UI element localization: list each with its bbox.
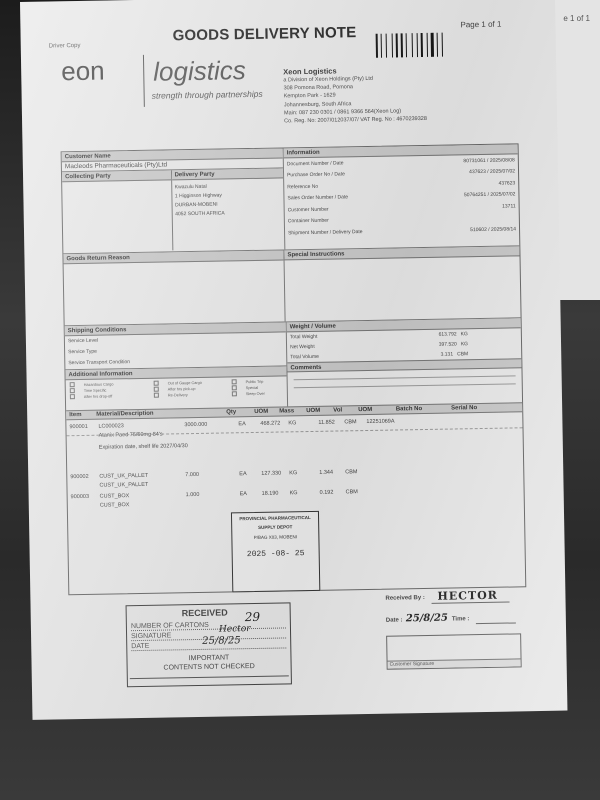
option-label: After hrs drop-off (84, 393, 154, 398)
item-vol-uom: CBM (345, 469, 357, 475)
option-label: After hrs pick-up (168, 386, 232, 391)
item-uom: EA (238, 421, 245, 427)
information-label: Shipment Number / Delivery Date (288, 229, 363, 236)
document-title: GOODS DELIVERY NOTE (172, 24, 356, 44)
item-vol-uom: CBM (344, 419, 356, 425)
received-by-value: HECTOR (437, 589, 498, 603)
option-checkbox[interactable] (154, 393, 159, 398)
col-mass: Mass (268, 408, 294, 414)
item-mass-uom: KG (290, 490, 298, 496)
option-label: Out of Gauge Cargo (168, 380, 232, 385)
item-vol-uom: CBM (346, 489, 358, 495)
information-value: 437623 (498, 180, 515, 186)
col-qty: Qty (206, 409, 236, 416)
item-qty: 1.000 (186, 492, 200, 498)
stamp-date: 2025 -08- 25 (233, 549, 319, 559)
company-address: Xeon Logistics a Division of Xeon Holdin… (283, 65, 427, 126)
weight-volume-number: 397.520 (439, 341, 457, 347)
item-mass-uom: KG (289, 470, 297, 476)
contents-note: CONTENTS NOT CHECKED (128, 662, 291, 672)
information-label: Customer Number (288, 206, 329, 213)
information-section: Information Document Number / Date807310… (284, 144, 520, 249)
option-checkbox[interactable] (232, 385, 237, 390)
background-page-label: e 1 of 1 (563, 14, 590, 23)
col-serial: Serial No (422, 405, 477, 412)
item-batch: 12251069A (366, 419, 394, 425)
delivery-party-line: 4052 SOUTH AFRICA (172, 208, 284, 219)
item-mass: 18.190 (262, 491, 279, 497)
additional-information-options: Hazardous CargoOut of Gauge CargoPublic … (66, 376, 287, 401)
information-value: 510602 / 2025/08/14 (470, 226, 516, 233)
logo-brand-left: eon (61, 56, 105, 88)
weight-volume-label: Total Weight (290, 334, 318, 340)
item-qty: 7.000 (185, 472, 199, 478)
col-vol-uom: UOM (342, 407, 372, 414)
barcode (376, 32, 458, 57)
received-stamp: RECEIVED NUMBER OF CARTONS SIGNATURE DAT… (126, 602, 292, 687)
page-number: Page 1 of 1 (460, 20, 501, 30)
weight-volume-unit: KG (461, 331, 468, 337)
item-number: 900002 (70, 474, 88, 480)
weight-volume-number: 613.792 (439, 331, 457, 337)
stamp-line: P/BAG X03, MOBENI (232, 534, 318, 541)
information-label: Sales Order Number / Date (287, 195, 348, 202)
weight-volume-value: 3.131CBM (441, 351, 469, 357)
item-mass: 468.272 (260, 421, 280, 427)
stamp-line: PROVINCIAL PHARMACEUTICAL (232, 515, 318, 523)
item-material: LC000023 (98, 423, 123, 429)
item-material: CUST_UK_PALLET (99, 473, 148, 480)
received-stamp-title: RECEIVED (182, 607, 228, 618)
cartons-label: NUMBER OF CARTONS (131, 620, 286, 631)
option-checkbox[interactable] (154, 387, 159, 392)
company-line: Co. Reg. No: 2007/012037/07/ VAT Reg. No… (284, 115, 427, 126)
col-batch: Batch No (372, 406, 422, 413)
customer-signature-box: Customer Signature (386, 633, 522, 669)
col-item: Item (66, 412, 96, 419)
option-checkbox[interactable] (154, 381, 159, 386)
stamp-line: SUPPLY DEPOT (232, 524, 318, 532)
received-by-label: Received By : (385, 595, 424, 602)
option-label: Re-Delivery (168, 392, 232, 397)
receipt-section: Received By : HECTOR Date : 25/8/25 Time… (385, 593, 536, 634)
information-label: Document Number / Date (287, 160, 344, 167)
cartons-value: 29 (245, 610, 261, 624)
receipt-date-value: 25/8/25 (406, 613, 448, 625)
information-label: Container Number (288, 218, 329, 225)
receipt-time-value (476, 615, 516, 624)
customer-section: Customer Name Macleods Pharmaceuticals (… (62, 148, 286, 253)
information-value: 50764251 / 2025/07/02 (464, 192, 516, 199)
information-label: Reference No (287, 184, 318, 191)
col-uom: UOM (236, 409, 268, 416)
information-value: 80731061 / 2025/08/08 (463, 157, 515, 164)
weight-volume-number: 3.131 (441, 351, 454, 357)
item-uom: EA (240, 491, 247, 497)
date-value: 25/8/25 (202, 635, 241, 647)
copy-label: Driver Copy (49, 43, 81, 50)
item-material: CUST_BOX (100, 493, 130, 500)
delivery-form: Customer Name Macleods Pharmaceuticals (… (61, 143, 527, 595)
item-qty: 3000.000 (184, 422, 207, 428)
item-vol: 11.852 (318, 420, 335, 426)
weight-volume-label: Net Weight (290, 344, 315, 350)
information-value: 13711 (502, 203, 516, 209)
item-uom: EA (239, 471, 246, 477)
weight-volume-value: 397.520KG (439, 341, 468, 348)
delivery-note-paper: Driver Copy GOODS DELIVERY NOTE Page 1 o… (20, 0, 567, 720)
information-label: Purchase Order No / Date (287, 172, 345, 179)
option-label: Time Specific (84, 387, 154, 392)
logo-brand-right: logistics (153, 55, 246, 88)
logo-divider (143, 55, 145, 107)
stamp-footer (130, 675, 289, 684)
item-vol: 1.344 (319, 470, 333, 476)
item-description: CUST_BOX (100, 502, 130, 509)
option-checkbox[interactable] (70, 388, 75, 393)
item-vol: 0.192 (320, 490, 334, 496)
item-mass: 127.330 (261, 471, 281, 477)
information-value: 437623 / 2025/07/02 (469, 169, 515, 176)
item-mass-uom: KG (288, 420, 296, 426)
customer-signature-label: Customer Signature (388, 658, 521, 668)
option-checkbox[interactable] (70, 382, 75, 387)
weight-volume-value: 613.792KG (439, 331, 468, 338)
option-checkbox[interactable] (232, 379, 237, 384)
depot-stamp: PROVINCIAL PHARMACEUTICAL SUPPLY DEPOT P… (231, 511, 320, 593)
weight-volume-unit: CBM (457, 351, 468, 357)
col-mass-uom: UOM (294, 408, 320, 414)
col-vol: Vol (320, 407, 342, 413)
weight-volume-unit: KG (461, 341, 468, 347)
item-note: Expiration date, shelf life 2027/04/30 (99, 443, 188, 451)
item-number: 900003 (71, 494, 89, 500)
option-checkbox[interactable] (232, 391, 237, 396)
signature-value: Hector (219, 624, 251, 635)
weight-volume-label: Total Volume (290, 354, 319, 360)
col-material: Material/Description (96, 410, 206, 418)
important-label: IMPORTANT (127, 653, 290, 663)
receipt-time-label: Time : (452, 616, 470, 622)
item-description: CUST_UK_PALLET (99, 482, 148, 489)
option-checkbox[interactable] (70, 394, 75, 399)
receipt-date-label: Date : (386, 617, 403, 623)
logo-tagline: strength through partnerships (152, 89, 263, 101)
items-table-body: PROVINCIAL PHARMACEUTICAL SUPPLY DEPOT P… (66, 412, 525, 594)
item-number: 900001 (69, 424, 87, 430)
option-label: Hazardous Cargo (84, 381, 154, 386)
